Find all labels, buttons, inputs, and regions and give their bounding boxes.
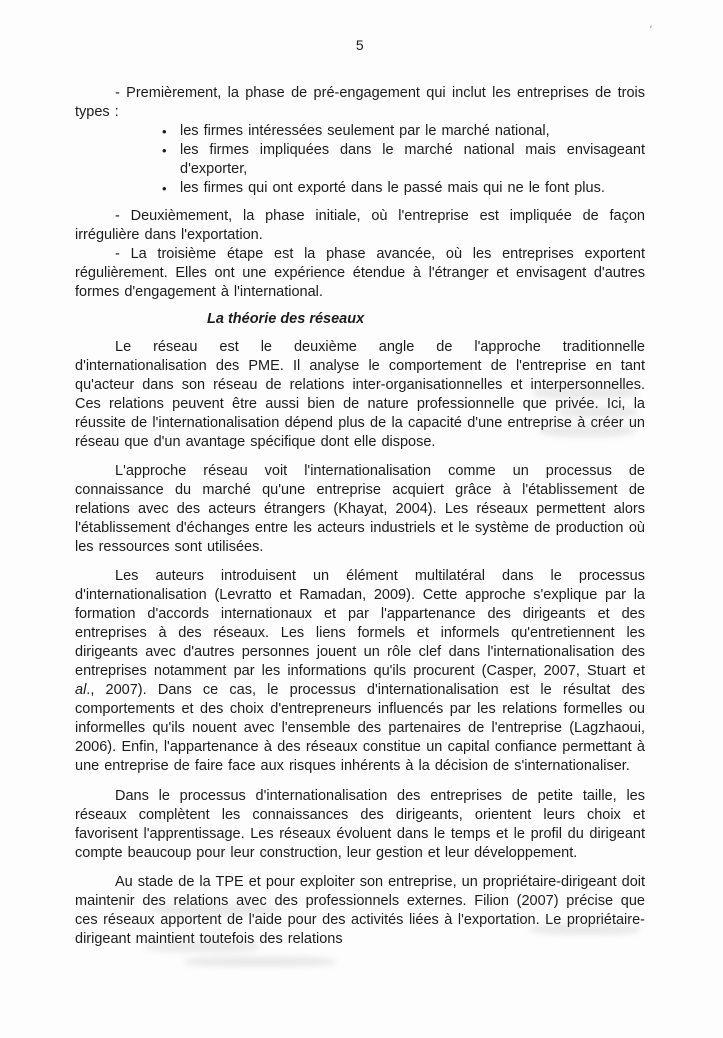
paragraph-petite-taille: Dans le processus d'internationalisation…: [75, 787, 645, 863]
et-al-italic: al: [75, 682, 86, 698]
paragraph-approche-reseau: L'approche réseau voit l'internationalis…: [75, 462, 645, 557]
bullet-item-envisageant-exporter: les firmes impliquées dans le marché nat…: [180, 141, 645, 179]
scan-speck-top-right: ': [647, 24, 652, 36]
bullet-item-national: les firmes intéressées seulement par le …: [180, 122, 645, 141]
paragraph-element-multilateral-part1: Les auteurs introduisent un élément mult…: [75, 568, 645, 679]
paragraph-stade-tpe: Au stade de la TPE et pour exploiter son…: [75, 873, 645, 949]
bullet-item-exporte-passe: les firmes qui ont exporté dans le passé…: [180, 179, 645, 198]
document-page: 5 - Premièrement, la phase de pré-engage…: [0, 0, 723, 1038]
page-content: 5 - Premièrement, la phase de pré-engage…: [75, 0, 645, 949]
bullet-list: les firmes intéressées seulement par le …: [75, 122, 645, 198]
section-heading-theorie-des-reseaux: La théorie des réseaux: [207, 310, 645, 329]
scan-smudge-proprietaire-dirigeant: [185, 956, 335, 967]
paragraph-deuxiemement: - Deuxièmement, la phase initiale, où l'…: [75, 207, 645, 245]
paragraph-element-multilateral-part2: ., 2007). Dans ce cas, le processus d'in…: [75, 682, 645, 774]
paragraph-premierement: - Premièrement, la phase de pré-engageme…: [75, 84, 645, 122]
paragraph-element-multilateral: Les auteurs introduisent un élément mult…: [75, 567, 645, 776]
page-number: 5: [75, 36, 645, 55]
paragraph-troisiemement: - La troisième étape est la phase avancé…: [75, 245, 645, 302]
paragraph-reseau-deuxieme-angle: Le réseau est le deuxième angle de l'app…: [75, 338, 645, 452]
